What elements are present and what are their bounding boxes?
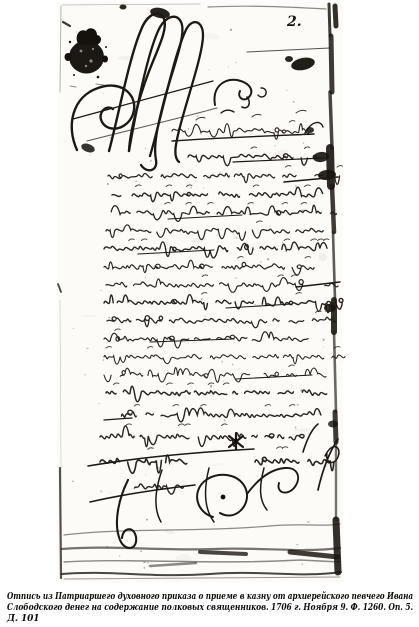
manuscript-image: 2.	[0, 0, 419, 590]
caption-line-2: Слободского денег на содержание полковых…	[7, 603, 347, 614]
caption-line-1: Отпись из Патриаршего духовного приказа …	[7, 592, 336, 603]
manuscript-photo: 2.	[0, 0, 419, 590]
page-number: 2.	[286, 14, 302, 30]
photo-caption: Отпись из Патриаршего духовного приказа …	[7, 592, 413, 625]
caption-line-3: Д. 101	[7, 614, 413, 625]
paper-sheet	[57, 2, 343, 582]
page: 2. Отпись из Патриаршего духовного прика…	[0, 0, 419, 627]
